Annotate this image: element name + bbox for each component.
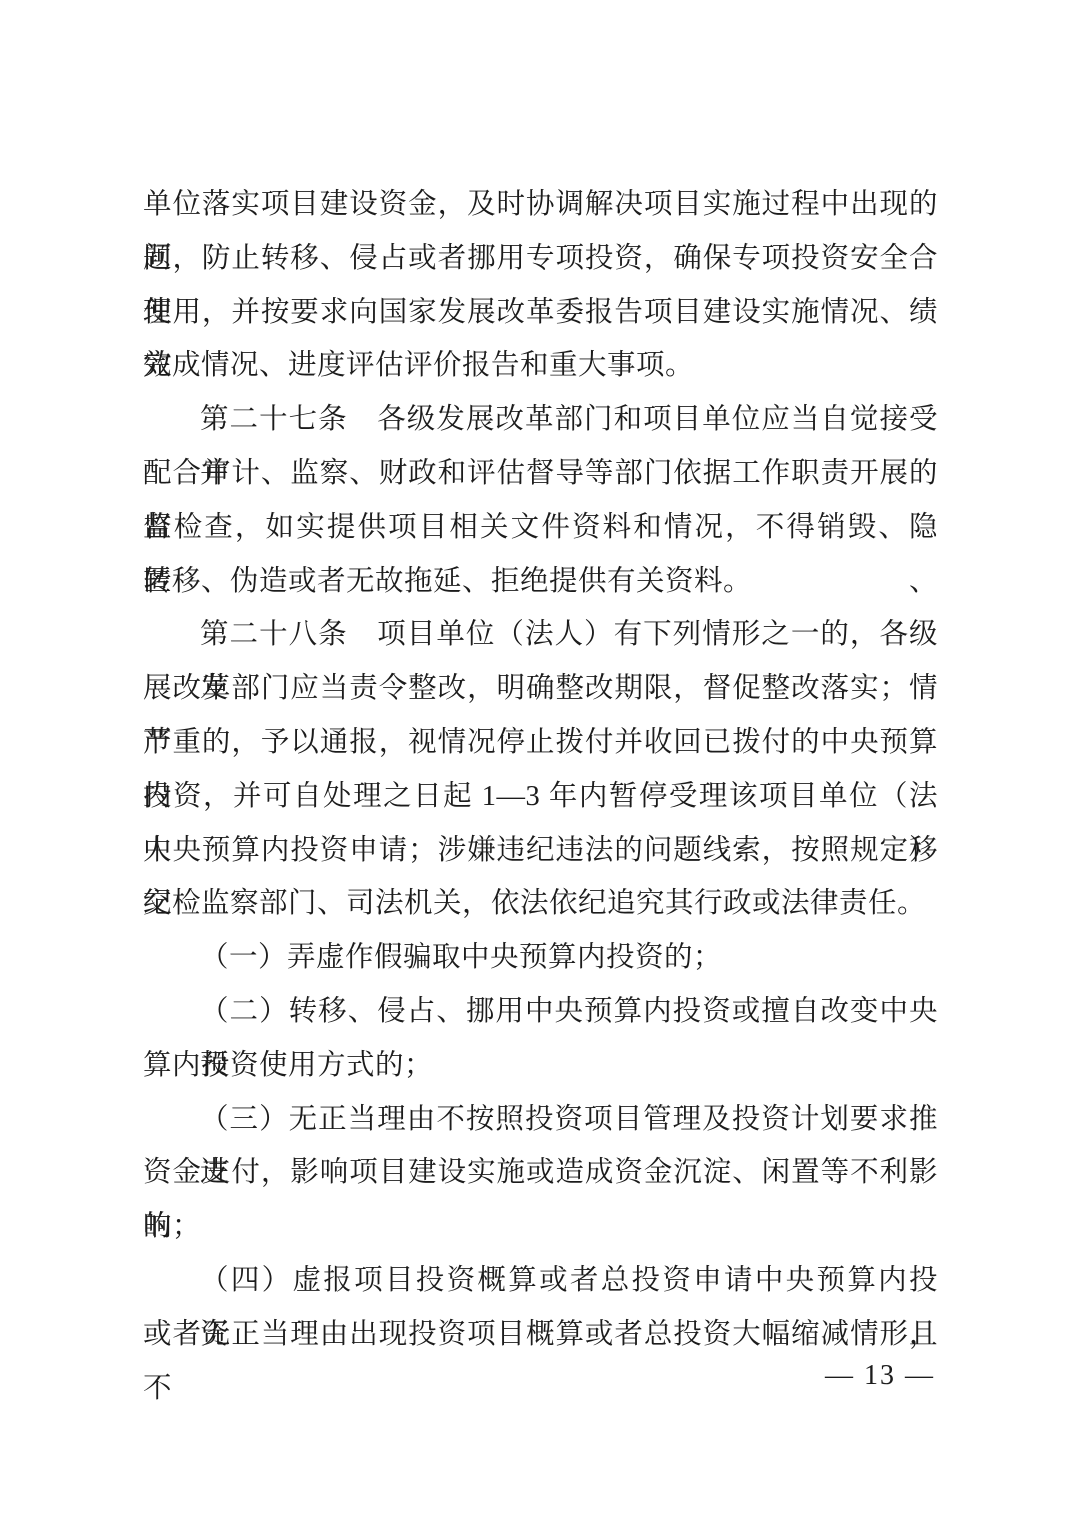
document-body: 单位落实项目建设资金，及时协调解决项目实施过程中出现的问题，防止转移、侵占或者挪… — [143, 178, 938, 1362]
text-line: 完成情况、进度评估评价报告和重大事项。 — [143, 339, 938, 393]
text-line: 单位落实项目建设资金，及时协调解决项目实施过程中出现的问 — [143, 178, 938, 232]
text-line: 纪检监察部门、司法机关，依法依纪追究其行政或法律责任。 — [143, 877, 938, 931]
page-number: — 13 — — [825, 1356, 935, 1396]
text-line: 或者无正当理由出现投资项目概算或者总投资大幅缩减情形且不 — [143, 1308, 938, 1362]
text-line: 督检查，如实提供项目相关文件资料和情况，不得销毁、隐匿、 — [143, 501, 938, 555]
text-line: 配合审计、监察、财政和评估督导等部门依据工作职责开展的监 — [143, 447, 938, 501]
text-line: 题，防止转移、侵占或者挪用专项投资，确保专项投资安全合理 — [143, 232, 938, 286]
text-line: 算内投资使用方式的； — [143, 1039, 938, 1093]
text-line: 展改革部门应当责令整改，明确整改期限，督促整改落实；情节 — [143, 662, 938, 716]
text-line: 中央预算内投资申请；涉嫌违纪违法的问题线索，按照规定移交 — [143, 824, 938, 878]
text-line: 投资，并可自处理之日起 1—3 年内暂停受理该项目单位（法人） — [143, 770, 938, 824]
text-line: （二）转移、侵占、挪用中央预算内投资或擅自改变中央预 — [143, 985, 938, 1039]
text-line: （一）弄虚作假骗取中央预算内投资的； — [143, 931, 938, 985]
text-line: 的； — [143, 1200, 938, 1254]
text-line: 第二十八条 项目单位（法人）有下列情形之一的，各级发 — [143, 608, 938, 662]
text-line: 严重的，予以通报，视情况停止拨付并收回已拨付的中央预算内 — [143, 716, 938, 770]
text-line: （四）虚报项目投资概算或者总投资申请中央预算内投资， — [143, 1254, 938, 1308]
text-line: （三）无正当理由不按照投资项目管理及投资计划要求推进 — [143, 1093, 938, 1147]
document-page: 单位落实项目建设资金，及时协调解决项目实施过程中出现的问题，防止转移、侵占或者挪… — [0, 0, 1080, 1527]
text-line: 第二十七条 各级发展改革部门和项目单位应当自觉接受并 — [143, 393, 938, 447]
text-line: 资金支付，影响项目建设实施或造成资金沉淀、闲置等不利影响 — [143, 1146, 938, 1200]
text-line: 使用，并按要求向国家发展改革委报告项目建设实施情况、绩效 — [143, 286, 938, 340]
